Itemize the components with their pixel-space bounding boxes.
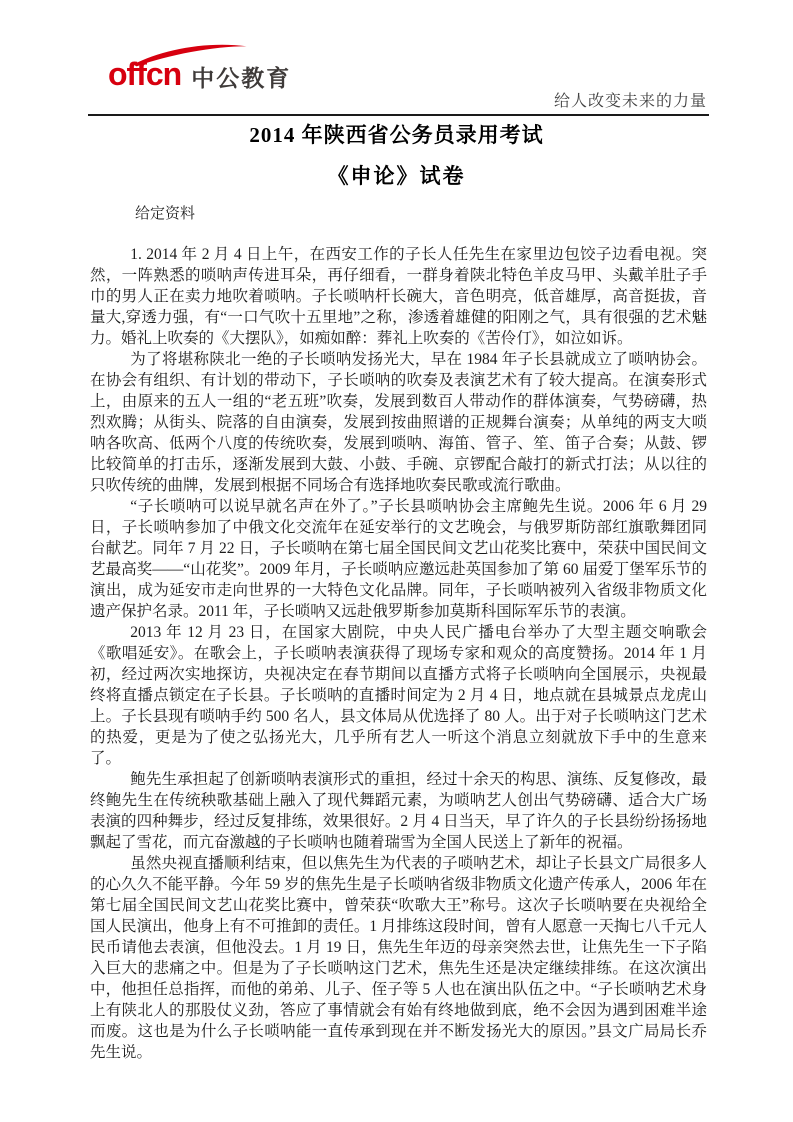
document-body: 给定资料 1. 2014 年 2 月 4 日上午，在西安工作的子长人任先生在家里… <box>0 204 793 1063</box>
logo-swoosh-icon <box>128 43 250 67</box>
document-subtitle: 《申论》试卷 <box>0 162 793 190</box>
brand-slogan: 给人改变未来的力量 <box>554 88 707 111</box>
paragraph-6: 虽然央视直播顺利结束，但以焦先生为代表的子唢呐艺术，却让子长县文广局很多人的心久… <box>90 853 707 1063</box>
logo-mark: offcn <box>108 58 181 90</box>
section-heading: 给定资料 <box>90 204 707 224</box>
offcn-logo: offcn 中公教育 <box>108 58 291 90</box>
paragraph-4: 2013 年 12 月 23 日，在国家大剧院，中央人民广播电台举办了大型主题交… <box>90 622 707 769</box>
header: offcn 中公教育 给人改变未来的力量 <box>0 0 793 114</box>
header-divider <box>88 114 709 116</box>
logo-cn-text: 中公教育 <box>191 66 291 90</box>
paragraph-2: 为了将堪称陕北一绝的子长唢呐发扬光大，早在 1984 年子长县就成立了唢呐协会。… <box>90 349 707 496</box>
document-page: offcn 中公教育 给人改变未来的力量 2014 年陕西省公务员录用考试 《申… <box>0 0 793 1122</box>
paragraph-5: 鲍先生承担起了创新唢呐表演形式的重担，经过十余天的构思、演练、反复修改，最终鲍先… <box>90 769 707 853</box>
document-title: 2014 年陕西省公务员录用考试 <box>0 121 793 149</box>
paragraph-1: 1. 2014 年 2 月 4 日上午，在西安工作的子长人任先生在家里边包饺子边… <box>90 244 707 349</box>
paragraph-3: “子长唢呐可以说早就名声在外了。”子长县唢呐协会主席鲍先生说。2006 年 6 … <box>90 496 707 622</box>
